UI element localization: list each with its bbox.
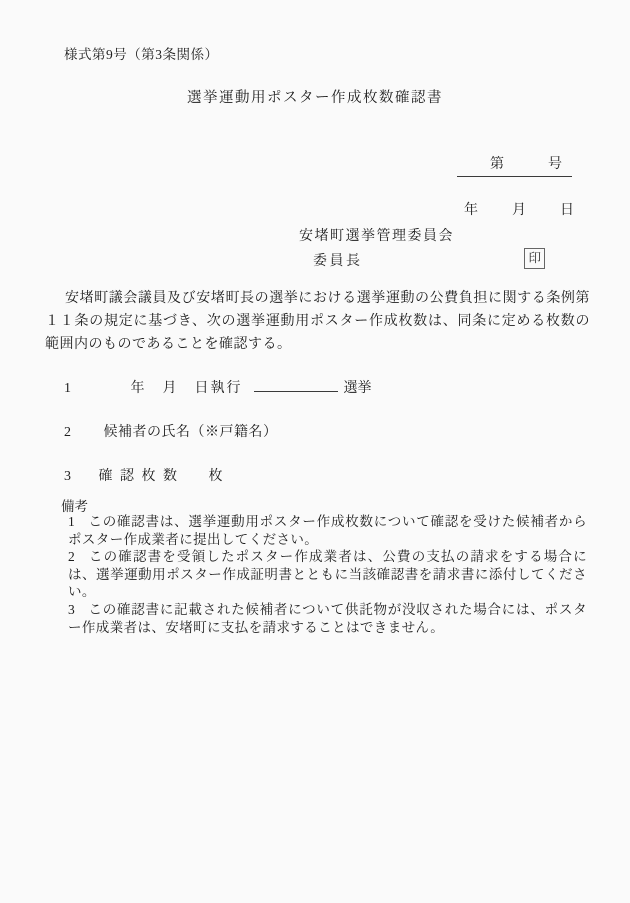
notes-title: 備考 [61, 495, 88, 515]
note-text: この確認書は、選挙運動用ポスター作成枚数について確認を受けた候補者からポスター作… [68, 514, 587, 547]
date-line: 年 月 日 [464, 199, 576, 219]
form-number: 様式第9号（第3条関係） [64, 43, 219, 63]
note-number: 2 [68, 549, 75, 564]
item-count-unit: 枚 [209, 469, 223, 484]
item-election-date: 1 年 月 日執行 選挙 [64, 377, 372, 397]
note-item: 1この確認書は、選挙運動用ポスター作成枚数について確認を受けた候補者からポスター… [60, 513, 587, 548]
chairman-label: 委員長 [313, 248, 363, 270]
note-number: 3 [68, 602, 75, 617]
item-number: 3 [64, 469, 78, 485]
note-number: 1 [68, 514, 75, 529]
document-number-row: 第 号 [457, 153, 572, 177]
election-name-blank-underline [254, 391, 338, 392]
body-paragraph: 安堵町議会議員及び安堵町長の選挙における選挙運動の公費負担に関する条例第１１条の… [45, 287, 590, 356]
item-election-date-text: 年 月 日執行 [131, 381, 243, 396]
item-candidate-name: 2 候補者の氏名（※戸籍名） [64, 421, 278, 441]
item-confirmed-count: 3 確 認 枚 数 枚 [64, 465, 223, 485]
document-number-prefix: 第 [490, 153, 504, 173]
seal-placeholder: 印 [524, 248, 545, 269]
note-text: この確認書に記載された候補者について供託物が没収された場合には、ポスター作成業者… [68, 602, 587, 635]
note-item: 3この確認書に記載された候補者について供託物が没収された場合には、ポスター作成業… [60, 601, 587, 636]
item-confirmed-count-label: 確 認 枚 数 [99, 469, 180, 484]
committee-name: 安堵町選挙管理委員会 [299, 225, 454, 245]
document-number-blank-line: 第 号 [457, 153, 572, 177]
notes-list: 1この確認書は、選挙運動用ポスター作成枚数について確認を受けた候補者からポスター… [60, 513, 587, 636]
item-election-suffix: 選挙 [344, 381, 372, 396]
document-title: 選挙運動用ポスター作成枚数確認書 [0, 86, 630, 107]
item-candidate-name-label: 候補者の氏名（※戸籍名） [104, 425, 278, 440]
item-number: 1 [64, 381, 78, 397]
document-page: 様式第9号（第3条関係） 選挙運動用ポスター作成枚数確認書 第 号 年 月 日 … [0, 0, 630, 903]
document-number-suffix: 号 [548, 153, 562, 173]
item-number: 2 [64, 425, 78, 441]
chairman-row: 委員長 印 [313, 248, 545, 270]
note-text: この確認書を受領したポスター作成業者は、公費の支払の請求をする場合には、選挙運動… [68, 549, 587, 599]
note-item: 2この確認書を受領したポスター作成業者は、公費の支払の請求をする場合には、選挙運… [60, 548, 587, 601]
